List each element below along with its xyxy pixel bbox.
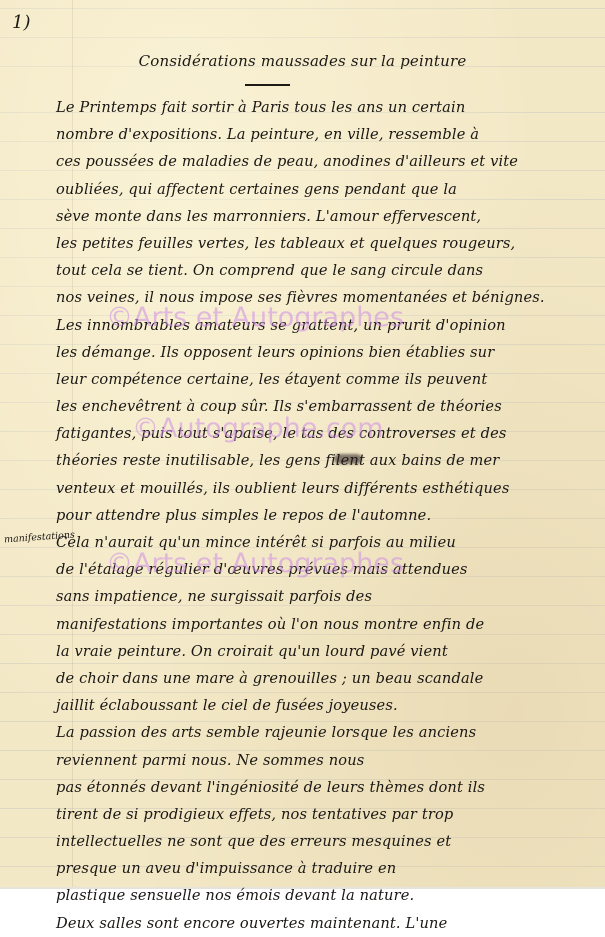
text-line: la vraie peinture. On croirait qu'un lou…	[56, 638, 601, 665]
text-line: sans impatience, ne surgissait parfois d…	[56, 583, 601, 610]
manuscript-body: Le Printemps fait sortir à Paris tous le…	[56, 94, 601, 897]
text-line: les démange. Ils opposent leurs opinions…	[56, 339, 601, 366]
text-line: de choir dans une mare à grenouilles ; u…	[56, 665, 601, 692]
text-line: plastique sensuelle nos émois devant la …	[56, 882, 601, 897]
text-line: tirent de si prodigieux effets, nos tent…	[56, 801, 601, 828]
ink-blot	[334, 454, 362, 464]
text-line: les petites feuilles vertes, les tableau…	[56, 230, 601, 257]
text-line: fatigantes, puis tout s'apaise, le tas d…	[56, 420, 601, 447]
text-line: La passion des arts semble rajeunie lors…	[56, 719, 601, 746]
text-line: manifestations importantes où l'on nous …	[56, 611, 601, 638]
page-number: 1)	[12, 12, 30, 33]
text-line: presque un aveu d'impuissance à traduire…	[56, 855, 601, 882]
text-line: reviennent parmi nous. Ne sommes nous	[56, 747, 601, 774]
text-line: théories reste inutilisable, les gens fi…	[56, 447, 601, 474]
text-line: tout cela se tient. On comprend que le s…	[56, 257, 601, 284]
text-line: pour attendre plus simples le repos de l…	[56, 502, 601, 529]
manuscript-title: Considérations maussades sur la peinture	[0, 52, 605, 70]
text-line: nombre d'expositions. La peinture, en vi…	[56, 121, 601, 148]
text-line: Cela n'aurait qu'un mince intérêt si par…	[56, 529, 601, 556]
manuscript-page: 1) Considérations maussades sur la peint…	[0, 0, 605, 887]
text-line: sève monte dans les marronniers. L'amour…	[56, 203, 601, 230]
text-line: les enchevêtrent à coup sûr. Ils s'embar…	[56, 393, 601, 420]
text-line: oubliées, qui affectent certaines gens p…	[56, 176, 601, 203]
title-underline	[245, 84, 290, 86]
text-line: intellectuelles ne sont que des erreurs …	[56, 828, 601, 855]
text-line: venteux et mouillés, ils oublient leurs …	[56, 475, 601, 502]
text-line: nos veines, il nous impose ses fièvres m…	[56, 284, 601, 311]
text-line: jaillit éclaboussant le ciel de fusées j…	[56, 692, 601, 719]
text-line: Les innombrables amateurs se grattent, u…	[56, 312, 601, 339]
text-line: pas étonnés devant l'ingéniosité de leur…	[56, 774, 601, 801]
text-line: Le Printemps fait sortir à Paris tous le…	[56, 94, 601, 121]
text-line: leur compétence certaine, les étayent co…	[56, 366, 601, 393]
text-line: de l'étalage régulier d'œuvres prévues m…	[56, 556, 601, 583]
text-line: ces poussées de maladies de peau, anodin…	[56, 148, 601, 175]
